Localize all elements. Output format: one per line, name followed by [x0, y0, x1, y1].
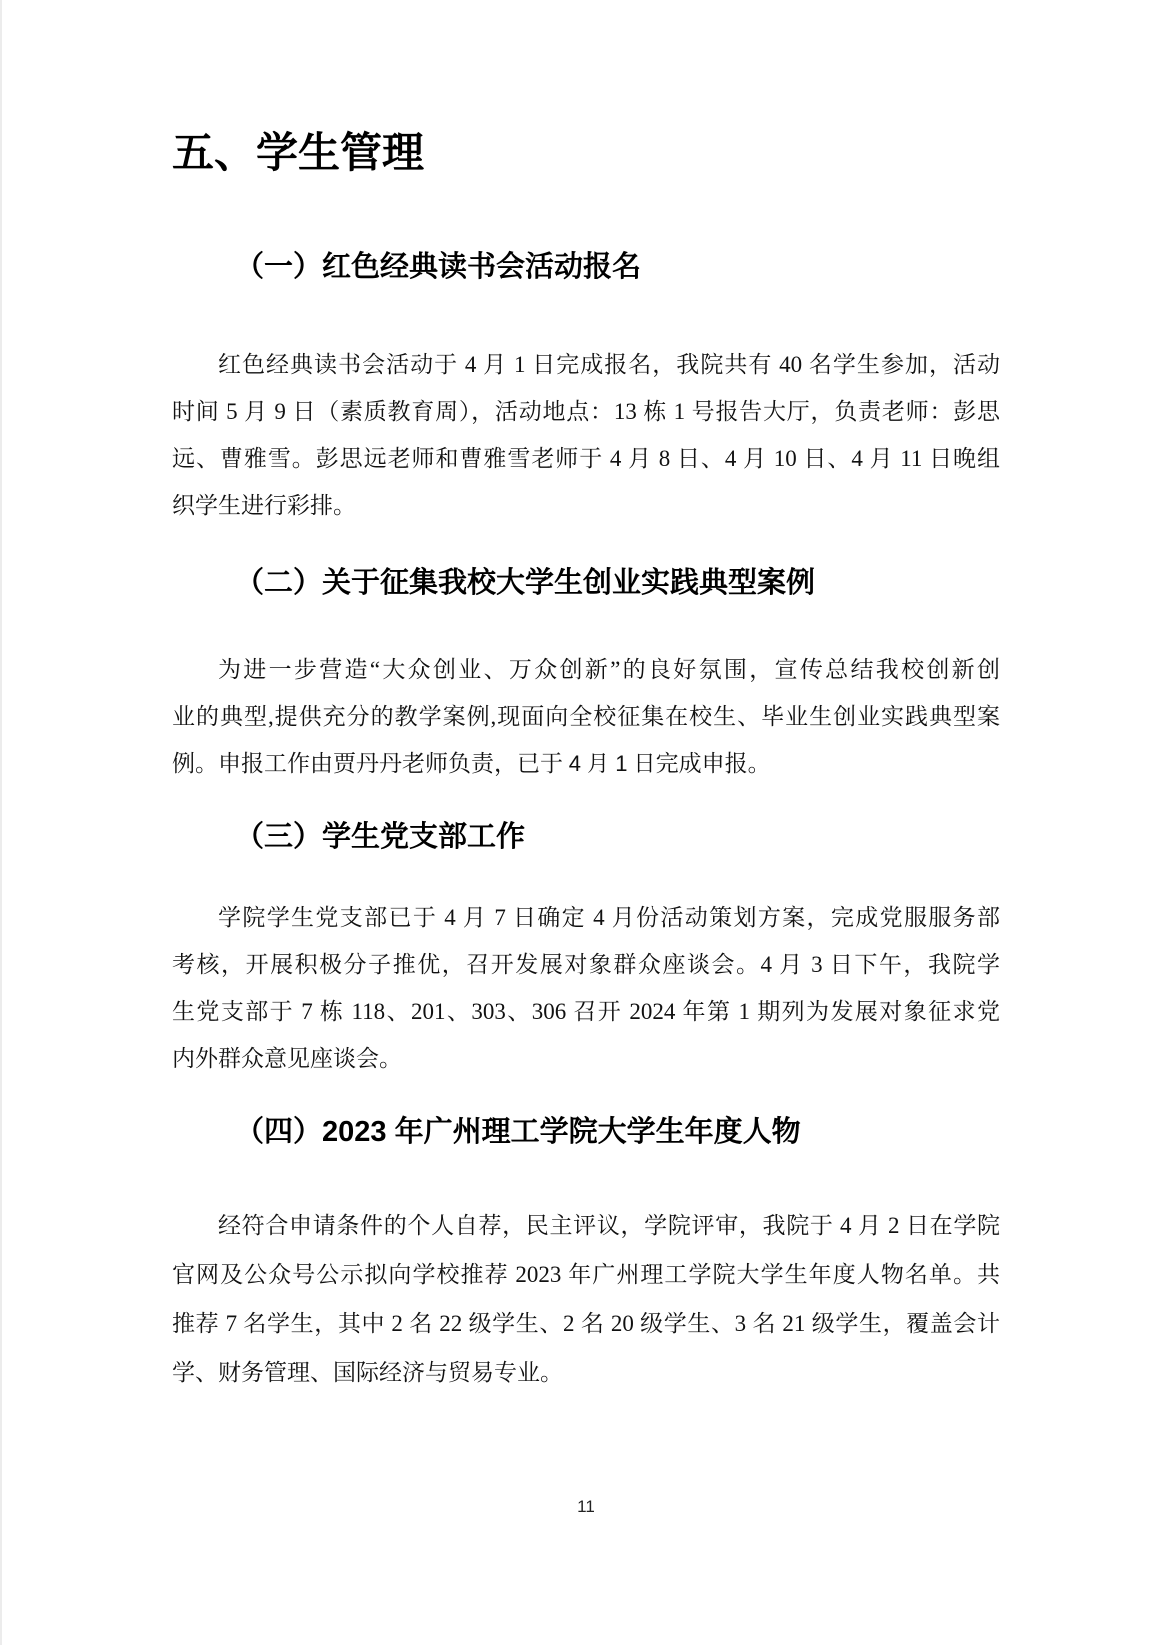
date-segment: 4 月 1 日 — [569, 751, 656, 776]
paragraph-line: 织学生进行彩排。 — [172, 482, 1000, 529]
section-paragraph-3: 学院学生党支部已于 4 月 7 日确定 4 月份活动策划方案，完成党服服务部 考… — [172, 894, 1000, 1082]
paragraph-line: 内外群众意见座谈会。 — [172, 1035, 1000, 1082]
section-heading-4: （四）2023 年广州理工学院大学生年度人物 — [172, 1111, 1000, 1153]
paragraph-line: 例。申报工作由贾丹丹老师负责，已于 4 月 1 日完成申报。 — [172, 740, 1000, 787]
page-number: 11 — [2, 1497, 1170, 1517]
paragraph-line: 推荐 7 名学生，其中 2 名 22 级学生、2 名 20 级学生、3 名 21… — [172, 1299, 1000, 1348]
paragraph-line: 官网及公众号公示拟向学校推荐 2023 年广州理工学院大学生年度人物名单。共 — [172, 1250, 1000, 1299]
paragraph-line: 经符合申请条件的个人自荐，民主评议，学院评审，我院于 4 月 2 日在学院 — [172, 1201, 1000, 1250]
paragraph-line: 学院学生党支部已于 4 月 7 日确定 4 月份活动策划方案，完成党服服务部 — [172, 894, 1000, 941]
section-heading-1: （一）红色经典读书会活动报名 — [172, 246, 1000, 288]
paragraph-line: 生党支部于 7 栋 118、201、303、306 召开 2024 年第 1 期… — [172, 988, 1000, 1035]
line-segment: 例。申报工作由贾丹丹老师负责，已于 — [172, 751, 569, 776]
line-segment: 完成申报。 — [656, 751, 771, 776]
section-heading-2: （二）关于征集我校大学生创业实践典型案例 — [172, 562, 1000, 604]
section-heading-3: （三）学生党支部工作 — [172, 816, 1000, 858]
paragraph-line: 时间 5 月 9 日（素质教育周），活动地点：13 栋 1 号报告大厅，负责老师… — [172, 388, 1000, 435]
paragraph-line: 考核，开展积极分子推优，召开发展对象群众座谈会。4 月 3 日下午，我院学 — [172, 941, 1000, 988]
page-title: 五、学生管理 — [172, 0, 1000, 178]
paragraph-line: 为进一步营造“大众创业、万众创新”的良好氛围，宣传总结我校创新创 — [172, 646, 1000, 693]
section-paragraph-4: 经符合申请条件的个人自荐，民主评议，学院评审，我院于 4 月 2 日在学院 官网… — [172, 1201, 1000, 1397]
paragraph-line: 红色经典读书会活动于 4 月 1 日完成报名，我院共有 40 名学生参加，活动 — [172, 341, 1000, 388]
paragraph-line: 远、曹雅雪。彭思远老师和曹雅雪老师于 4 月 8 日、4 月 10 日、4 月 … — [172, 435, 1000, 482]
section-paragraph-2: 为进一步营造“大众创业、万众创新”的良好氛围，宣传总结我校创新创 业的典型,提供… — [172, 646, 1000, 787]
section-paragraph-1: 红色经典读书会活动于 4 月 1 日完成报名，我院共有 40 名学生参加，活动 … — [172, 341, 1000, 529]
paragraph-line: 学、财务管理、国际经济与贸易专业。 — [172, 1348, 1000, 1397]
paragraph-line: 业的典型,提供充分的教学案例,现面向全校征集在校生、毕业生创业实践典型案 — [172, 693, 1000, 740]
document-page: 五、学生管理 （一）红色经典读书会活动报名 红色经典读书会活动于 4 月 1 日… — [0, 0, 1170, 1645]
